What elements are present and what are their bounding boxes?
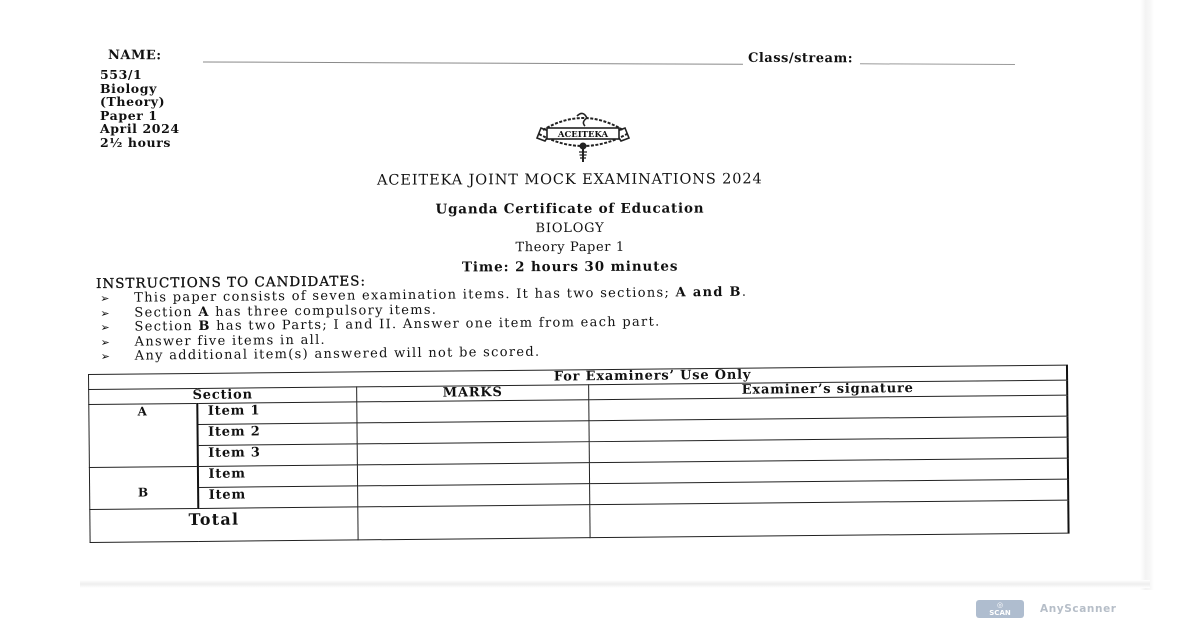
arrowhead-bullet-icon: ➢ — [100, 306, 111, 321]
marks-cell[interactable] — [357, 400, 589, 423]
scanner-app-name: AnyScanner — [1040, 603, 1117, 615]
instructions-section: INSTRUCTIONS TO CANDIDATES: ➢ This paper… — [96, 267, 1037, 365]
subject-title: BIOLOGY — [230, 218, 910, 239]
class-stream-label: Class/stream: — [748, 51, 853, 66]
paper-code: 553/1 — [100, 68, 180, 82]
paper-type: (Theory) — [100, 95, 180, 109]
marks-cell[interactable] — [357, 421, 589, 444]
total-signature-cell[interactable] — [590, 500, 1069, 538]
aceiteka-crest-icon: ACEITEKA — [533, 108, 633, 166]
item-label: Item — [197, 465, 357, 488]
arrowhead-bullet-icon: ➢ — [101, 335, 112, 350]
item-label: Item 3 — [197, 444, 357, 467]
svg-text:ACEITEKA: ACEITEKA — [557, 130, 609, 140]
paper-meta: 553/1 Biology (Theory) Paper 1 April 202… — [100, 68, 180, 149]
instruction-text-end: . — [742, 285, 748, 300]
instruction-emphasis: B — [198, 319, 210, 334]
paper-edge-shadow — [1140, 0, 1154, 590]
scan-app-icon: ◎ SCAN — [976, 600, 1024, 618]
item-label: Item — [198, 486, 358, 509]
paper-number: Paper 1 — [100, 109, 180, 123]
section-label-a: A — [89, 403, 198, 467]
certificate-title: Uganda Certificate of Education — [230, 198, 910, 220]
instruction-text: Section — [134, 319, 198, 335]
exam-cover-page: NAME: Class/stream: 553/1 Biology (Theor… — [0, 0, 1200, 630]
section-label-b: B — [89, 466, 197, 509]
marks-cell[interactable] — [357, 442, 589, 465]
marks-cell[interactable] — [358, 484, 590, 507]
paper-subject: Biology — [100, 82, 180, 96]
candidate-info-row: NAME: Class/stream: — [108, 48, 1013, 72]
instruction-text: Any additional item(s) answered will not… — [135, 345, 541, 364]
marks-cell[interactable] — [357, 463, 589, 486]
examiners-table: For Examiners’ Use Only Section MARKS Ex… — [88, 365, 1070, 543]
instruction-emphasis: A — [198, 304, 210, 319]
exam-title: ACEITEKA JOINT MOCK EXAMINATIONS 2024 — [230, 169, 910, 197]
exam-title-block: ACEITEKA JOINT MOCK EXAMINATIONS 2024 Ug… — [230, 169, 910, 278]
examiners-table-wrapper: For Examiners’ Use Only Section MARKS Ex… — [88, 364, 1080, 557]
paper-date: April 2024 — [100, 122, 180, 136]
arrowhead-bullet-icon: ➢ — [100, 321, 111, 336]
paper-bottom-shadow — [80, 580, 1150, 588]
item-label: Item 1 — [197, 402, 357, 425]
name-field[interactable] — [203, 61, 743, 64]
scan-icon-label: SCAN — [976, 609, 1024, 617]
total-marks-cell[interactable] — [358, 505, 590, 540]
paper-title: Theory Paper 1 — [230, 237, 910, 258]
instruction-emphasis: A and B — [676, 285, 742, 301]
scanner-watermark: ◎ SCAN AnyScanner — [976, 600, 1117, 618]
total-label: Total — [90, 507, 358, 543]
name-label: NAME: — [108, 48, 162, 63]
arrowhead-bullet-icon: ➢ — [100, 292, 111, 307]
arrowhead-bullet-icon: ➢ — [101, 350, 112, 365]
paper-duration: 2½ hours — [100, 136, 180, 150]
item-label: Item 2 — [197, 423, 357, 446]
instructions-list: ➢ This paper consists of seven examinati… — [96, 283, 1037, 365]
class-stream-field[interactable] — [860, 63, 1015, 65]
scan-icon-glyph: ◎ — [976, 601, 1024, 609]
instruction-text: Section — [134, 305, 198, 321]
